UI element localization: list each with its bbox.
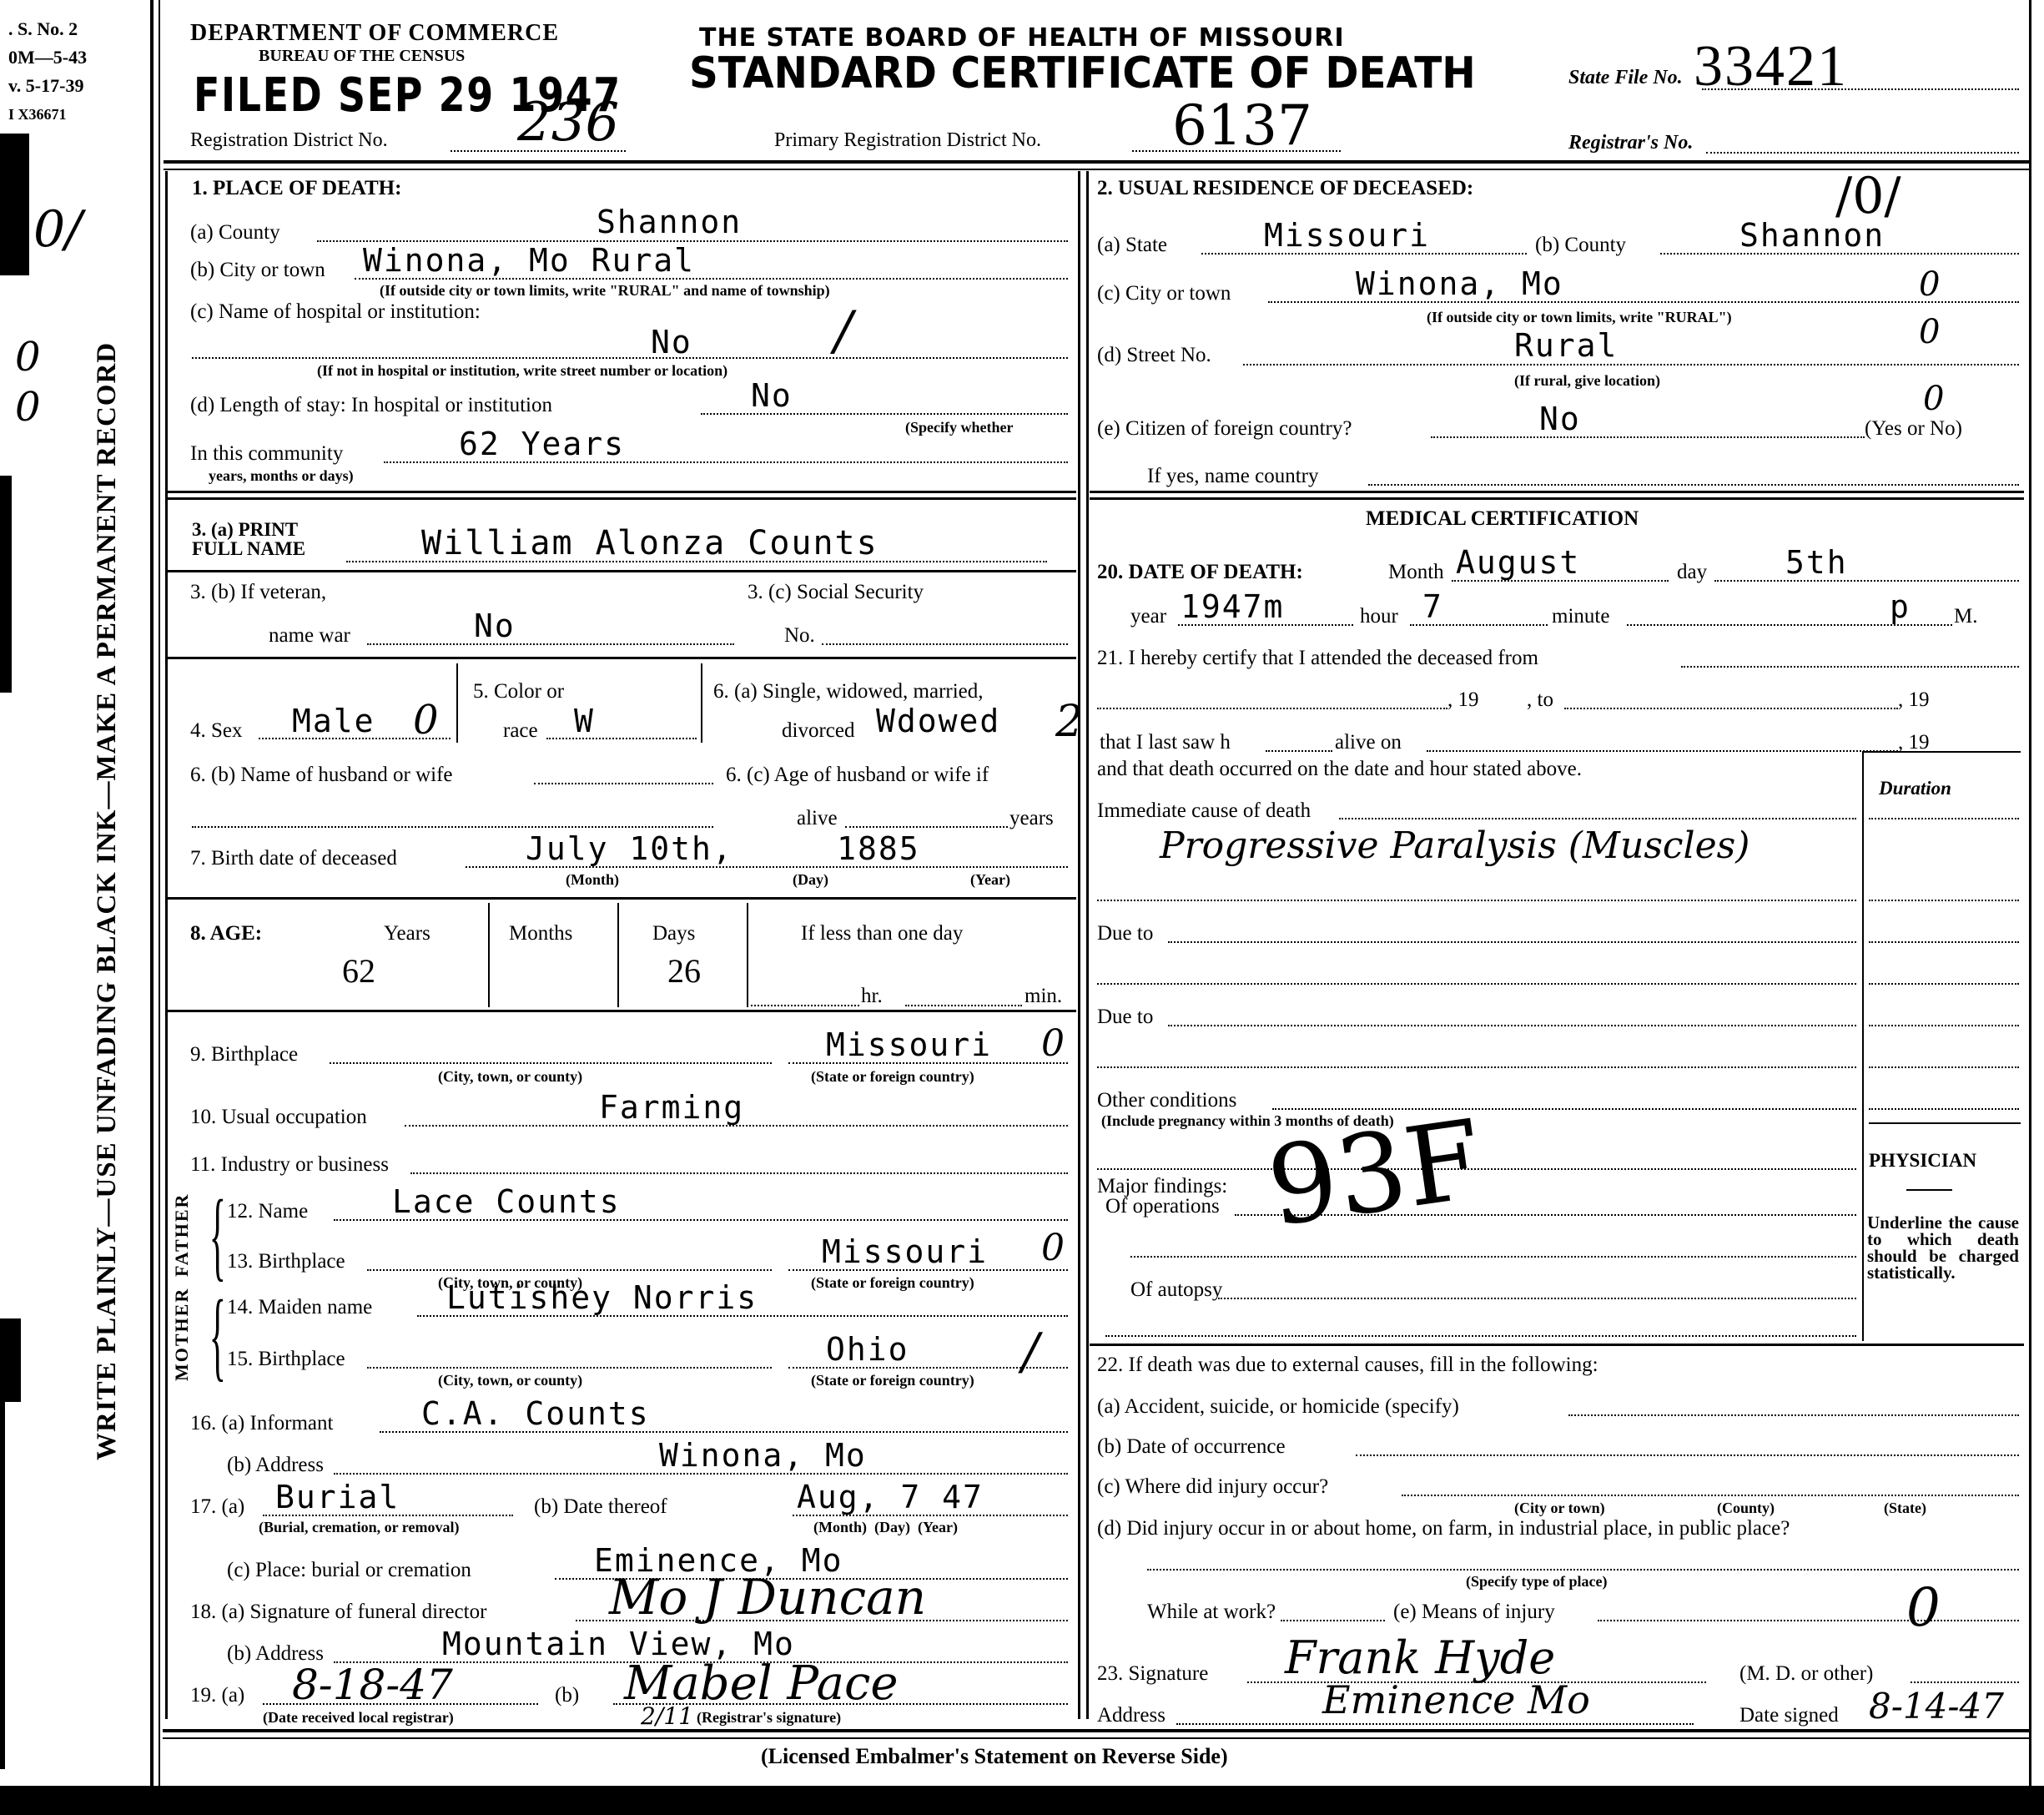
- due-to-2-duration: [1869, 1025, 2019, 1026]
- res-side-mark-2: 0: [1919, 313, 1940, 351]
- md-label: (M. D. or other): [1739, 1662, 1873, 1686]
- column-divider: [1078, 171, 1080, 1719]
- bottom-rule-2: [163, 1737, 2029, 1739]
- residence-heading: 2. USUAL RESIDENCE OF DECEASED:: [1097, 177, 1473, 200]
- alive-on-line: [1427, 750, 1898, 752]
- operations-label: Of operations: [1105, 1195, 1220, 1218]
- home-label: (d) Did injury occur in or about home, o…: [1097, 1517, 1790, 1540]
- race-marital-divider: [701, 663, 702, 743]
- scan-border-left: [0, 134, 29, 275]
- pod-city-hint: (If outside city or town limits, write "…: [380, 282, 830, 300]
- res-street-label: (d) Street No.: [1097, 344, 1211, 367]
- burial-date-value: Aug, 7 47: [797, 1479, 984, 1515]
- means-line: [1598, 1620, 2019, 1621]
- other-conditions-duration: [1869, 1108, 2019, 1110]
- age-divider-1: [488, 903, 490, 1007]
- spouse-line: [534, 783, 713, 784]
- res-county-value: Shannon: [1739, 217, 1885, 254]
- mother-birth-mark: /: [1022, 1323, 1039, 1381]
- physician-signature: Frank Hyde: [1285, 1631, 1555, 1684]
- director-label: 18. (a) Signature of funeral director: [190, 1601, 486, 1624]
- scan-border-left-3: [0, 1318, 21, 1402]
- disposition-label: 17. (a): [190, 1495, 244, 1519]
- birth-date-value: July 10th, 1885: [526, 830, 920, 867]
- hour-value: 7: [1422, 588, 1443, 625]
- burial-date-label: (b) Date thereof: [534, 1495, 667, 1519]
- father-brace: {: [209, 1185, 226, 1285]
- immediate-line: [1339, 818, 1856, 819]
- month-label: Month: [1388, 561, 1444, 584]
- primary-district-label: Primary Registration District No.: [774, 129, 1041, 152]
- department-label: DEPARTMENT OF COMMERCE: [190, 20, 559, 47]
- day-value: 5th: [1785, 544, 1848, 581]
- veteran-line: [367, 643, 734, 645]
- external-heading: 22. If death was due to external causes,…: [1097, 1354, 1598, 1377]
- spouse-age-unit: years: [1009, 807, 1054, 830]
- scan-border-left-2: [0, 476, 12, 693]
- where-hint-county: (County): [1717, 1500, 1775, 1517]
- marital-label-1: 6. (a) Single, widowed, married,: [713, 680, 984, 703]
- operations-line-2: [1130, 1256, 1856, 1258]
- birth-hint-year: (Year): [970, 871, 1010, 889]
- due-to-1-duration-2: [1869, 983, 2019, 985]
- physician-note: Underline the cause to which death shoul…: [1867, 1214, 2019, 1281]
- birthplace-mark: 0: [1041, 1022, 1065, 1065]
- pod-hospital-label: (c) Name of hospital or institution:: [190, 300, 481, 324]
- left-box-edge: [165, 171, 168, 1719]
- autopsy-line: [1218, 1298, 1856, 1299]
- means-label: (e) Means of injury: [1393, 1601, 1555, 1624]
- immediate-cause: Progressive Paralysis (Muscles): [1160, 824, 1749, 867]
- reg-district-label: Registration District No.: [190, 129, 388, 152]
- industry-line: [410, 1172, 1068, 1174]
- pod-city-label: (b) City or town: [190, 259, 325, 282]
- occurred-text: and that death occurred on the date and …: [1097, 758, 1582, 781]
- age-min-line: [905, 1005, 1022, 1006]
- accident-label: (a) Accident, suicide, or homicide (spec…: [1097, 1395, 1459, 1419]
- sig-address-line: [1176, 1723, 1694, 1725]
- duration-label: Duration: [1879, 778, 1951, 799]
- received-date: 8-18-47: [292, 1661, 453, 1709]
- pod-hospital-value: No: [651, 324, 692, 360]
- father-birth-mark: 0: [1041, 1227, 1065, 1269]
- sig-address-label: Address: [1097, 1704, 1165, 1727]
- reg-district-value: 236: [517, 92, 619, 154]
- bottom-rule: [163, 1729, 2029, 1732]
- attend-from-line: [1097, 708, 1447, 709]
- disposition-value: Burial: [275, 1479, 400, 1515]
- burial-date-hint: (Month) (Day) (Year): [813, 1519, 958, 1536]
- father-birth-city-line: [367, 1269, 772, 1271]
- informant-address-value: Winona, Mo: [659, 1437, 867, 1474]
- medical-rule: [1090, 1344, 2024, 1346]
- other-conditions-label: Other conditions: [1097, 1089, 1236, 1112]
- date-signed-label: Date signed: [1739, 1704, 1839, 1727]
- age-hr-label: hr.: [861, 985, 883, 1008]
- marital-value: Wdowed: [876, 703, 1000, 739]
- mother-tag: MOTHER: [171, 1288, 193, 1381]
- marital-mark: 2: [1055, 697, 1083, 747]
- last-saw-line: [1266, 750, 1332, 752]
- race-label-2: race: [503, 719, 538, 743]
- registrar-no-line: [1706, 152, 2019, 154]
- duration-bottom-rule: [1869, 1122, 2021, 1124]
- pod-hospital-mark: /: [834, 300, 853, 362]
- director-signature: Mo J Duncan: [609, 1569, 926, 1626]
- occupation-label: 10. Usual occupation: [190, 1106, 367, 1129]
- age-divider-3: [747, 903, 748, 1007]
- name-rule: [167, 570, 1076, 572]
- registrar-mark: 2/11: [641, 1702, 693, 1730]
- registrar-hint: (Registrar's signature): [697, 1709, 841, 1727]
- industry-label: 11. Industry or business: [190, 1153, 389, 1177]
- father-birth-state-hint: (State or foreign country): [811, 1274, 974, 1292]
- full-name-label-2: FULL NAME: [192, 538, 305, 560]
- spouse-label: 6. (b) Name of husband or wife: [190, 764, 453, 787]
- outer-rule-left: [150, 0, 154, 1786]
- age-less-label: If less than one day: [801, 922, 963, 945]
- res-street-hint: (If rural, give location): [1514, 372, 1660, 390]
- res-side-mark-1: 0: [1919, 265, 1940, 304]
- race-label-1: 5. Color or: [473, 680, 564, 703]
- where-hint-state: (State): [1884, 1500, 1926, 1517]
- received-hint: (Date received local registrar): [263, 1709, 454, 1727]
- age-rule: [167, 1010, 1076, 1012]
- where-line: [1402, 1495, 2019, 1496]
- attend-to-label: , to: [1527, 688, 1553, 712]
- outer-rule-left-2: [159, 0, 160, 1786]
- duration-top-rule: [1862, 751, 2021, 753]
- sex-mark: 0: [413, 697, 439, 744]
- pod-county-value: Shannon: [597, 204, 742, 240]
- where-label: (c) Where did injury occur?: [1097, 1475, 1328, 1499]
- outer-rule-right: [2029, 0, 2031, 1786]
- pod-city-value: Winona, Mo Rural: [363, 242, 695, 279]
- month-value: August: [1456, 544, 1580, 581]
- immediate-duration-line-2: [1869, 900, 2019, 901]
- due-to-2-label: Due to: [1097, 1006, 1153, 1029]
- marital-label-2: divorced: [782, 719, 854, 743]
- mother-name-value: Lutishey Norris: [446, 1279, 758, 1316]
- form-code-3: v. 5-17-39: [8, 72, 87, 100]
- autopsy-label: Of autopsy: [1130, 1278, 1222, 1302]
- column-divider-2: [1086, 171, 1089, 1719]
- informant-value: C.A. Counts: [421, 1395, 650, 1432]
- header-rule-2: [164, 169, 2029, 170]
- duration-divider: [1862, 753, 1864, 1341]
- father-name-label: 12. Name: [227, 1200, 308, 1223]
- pod-hospital-line: [192, 357, 1068, 359]
- age-days-label: Days: [652, 922, 695, 945]
- age-hr-line: [751, 1005, 859, 1006]
- res-street-line: [1243, 364, 2019, 366]
- physician-dash: [1906, 1189, 1952, 1191]
- due-to-2-duration-2: [1869, 1066, 2019, 1068]
- spouse-age-label-1: 6. (c) Age of husband or wife if: [726, 764, 989, 787]
- work-label: While at work?: [1147, 1601, 1276, 1624]
- form-code-2: 0M—5-43: [8, 43, 87, 72]
- birth-rule: [167, 897, 1076, 900]
- received-label: 19. (a): [190, 1684, 244, 1707]
- last-saw-label: that I last saw h: [1100, 731, 1231, 754]
- registrar-no-label: Registrar's No.: [1568, 132, 1693, 154]
- state-file-value: 33421: [1694, 33, 1848, 100]
- means-mark: 0: [1906, 1577, 1941, 1639]
- birthplace-value: Missouri: [826, 1026, 992, 1063]
- section-rule-1b: [167, 497, 1076, 500]
- spouse-age-line: [845, 826, 1008, 828]
- margin-instruction: WRITE PLAINLY—USE UNFADING BLACK INK—MAK…: [92, 342, 123, 1460]
- res-country-label: If yes, name country: [1147, 465, 1318, 488]
- birthplace-state-hint: (State or foreign country): [811, 1068, 974, 1086]
- age-days-value: 26: [667, 951, 701, 991]
- mother-birth-value: Ohio: [826, 1331, 909, 1368]
- birth-hint-day: (Day): [793, 871, 828, 889]
- medical-heading: MEDICAL CERTIFICATION: [1366, 507, 1639, 531]
- margin-mark-2: 0: [15, 334, 41, 381]
- res-state-value: Missouri: [1264, 217, 1430, 254]
- date-of-death-label: 20. DATE OF DEATH:: [1097, 561, 1303, 584]
- alive-on-label: alive on: [1335, 731, 1402, 754]
- birth-date-label: 7. Birth date of deceased: [190, 847, 397, 870]
- res-country-line: [1368, 484, 2019, 486]
- race-value: W: [574, 703, 595, 739]
- res-street-value: Rural: [1514, 327, 1618, 364]
- signature-label: 23. Signature: [1097, 1662, 1208, 1686]
- sex-value: Male: [292, 703, 375, 739]
- mother-birth-city-line: [367, 1367, 772, 1369]
- mother-birth-label: 15. Birthplace: [227, 1348, 345, 1371]
- other-conditions-line: [1272, 1108, 1856, 1110]
- header-rule: [164, 160, 2029, 164]
- due-to-1-line-2: [1097, 983, 1856, 985]
- res-citizen-label: (e) Citizen of foreign country?: [1097, 417, 1352, 441]
- res-citizen-line: [1431, 436, 1865, 438]
- day-label: day: [1677, 561, 1707, 584]
- immediate-duration-line: [1869, 818, 2019, 819]
- minute-value: p: [1890, 588, 1911, 625]
- age-divider-2: [617, 903, 619, 1007]
- mother-name-label: 14. Maiden name: [227, 1296, 372, 1319]
- pod-community-label: In this community: [190, 442, 343, 466]
- ss-label-1: 3. (c) Social Security: [748, 581, 924, 604]
- date-signed-value: 8-14-47: [1869, 1686, 2004, 1727]
- section-rule-2b: [1090, 497, 2024, 500]
- due-to-1-duration: [1869, 941, 2019, 943]
- veteran-label-1: 3. (b) If veteran,: [190, 581, 326, 604]
- occurrence-line: [1356, 1455, 2019, 1456]
- pod-county-label: (a) County: [190, 221, 280, 245]
- veteran-label-2: name war: [269, 624, 350, 648]
- bureau-label: BUREAU OF THE CENSUS: [259, 47, 465, 66]
- home-line: [1147, 1569, 2019, 1570]
- margin-mark-1: 0/: [33, 200, 82, 259]
- state-file-label: State File No.: [1568, 67, 1683, 89]
- veteran-rule: [167, 657, 1076, 659]
- pod-community-hint: years, months or days): [209, 467, 354, 485]
- due-to-2-line: [1168, 1025, 1856, 1026]
- veteran-value: No: [474, 608, 516, 644]
- attend-to-19: , 19: [1898, 688, 1930, 712]
- occurrence-label: (b) Date of occurrence: [1097, 1435, 1286, 1459]
- res-side-mark-3: 0: [1923, 380, 1944, 418]
- birthplace-label: 9. Birthplace: [190, 1043, 298, 1066]
- physician-label: PHYSICIAN: [1869, 1150, 1976, 1172]
- ss-label-2: No.: [784, 624, 815, 648]
- res-city-hint: (If outside city or town limits, write "…: [1427, 309, 1732, 326]
- registrar-label: (b): [555, 1684, 579, 1707]
- sex-race-divider: [456, 663, 458, 743]
- attend-label: 21. I hereby certify that I attended the…: [1097, 647, 1538, 670]
- res-city-value: Winona, Mo: [1356, 265, 1563, 302]
- immediate-label: Immediate cause of death: [1097, 799, 1311, 823]
- birthplace-city-hint: (City, town, or county): [438, 1068, 582, 1086]
- where-hint-city: (City or town): [1514, 1500, 1605, 1517]
- pod-community-value: 62 Years: [459, 426, 625, 462]
- res-city-label: (c) City or town: [1097, 282, 1231, 305]
- immediate-line-2: [1097, 900, 1856, 901]
- ss-line: [822, 643, 1068, 645]
- age-years-label: Years: [384, 922, 430, 945]
- pod-stay-value: No: [751, 377, 793, 414]
- father-name-value: Lace Counts: [392, 1183, 621, 1220]
- footer-note: (Licensed Embalmer's Statement on Revers…: [761, 1744, 1228, 1769]
- father-birth-label: 13. Birthplace: [227, 1250, 345, 1273]
- mother-birth-state-hint: (State or foreign country): [811, 1372, 974, 1389]
- res-citizen-value: No: [1539, 401, 1581, 437]
- age-label: 8. AGE:: [190, 922, 262, 945]
- race-line: [546, 738, 697, 739]
- informant-address-label: (b) Address: [227, 1454, 324, 1477]
- sex-label: 4. Sex: [190, 719, 243, 743]
- minute-label: minute: [1552, 605, 1609, 628]
- work-line: [1281, 1620, 1385, 1621]
- primary-district-value: 6137: [1172, 93, 1312, 158]
- certificate-title: STANDARD CERTIFICATE OF DEATH: [689, 48, 1476, 98]
- due-to-1-label: Due to: [1097, 922, 1153, 945]
- place-of-death-heading: 1. PLACE OF DEATH:: [192, 177, 401, 200]
- attend-to-line: [1564, 708, 1898, 709]
- due-to-1-line: [1168, 941, 1856, 943]
- autopsy-line-2: [1105, 1335, 1856, 1337]
- hour-label: hour: [1360, 605, 1398, 628]
- full-name-value: William Alonza Counts: [421, 524, 879, 562]
- res-state-label: (a) State: [1097, 234, 1167, 257]
- margin-mark-3: 0: [15, 384, 41, 431]
- mother-brace: {: [209, 1285, 226, 1385]
- res-county-label: (b) County: [1535, 234, 1626, 257]
- pod-stay-label: (d) Length of stay: In hospital or insti…: [190, 394, 552, 417]
- place-hint: (Specify type of place): [1466, 1573, 1607, 1591]
- scan-border-bottom: [0, 1786, 2044, 1815]
- section-rule-2: [1090, 491, 2024, 493]
- attend-line: [1681, 666, 2019, 668]
- disposition-hint: (Burial, cremation, or removal): [259, 1519, 459, 1536]
- age-years-value: 62: [342, 951, 375, 991]
- father-birth-value: Missouri: [822, 1233, 988, 1270]
- year-label: year: [1130, 605, 1166, 628]
- birth-hint-month: (Month): [566, 871, 619, 889]
- father-tag: FATHER: [171, 1193, 193, 1277]
- mother-birth-city-hint: (City, town, or county): [438, 1372, 582, 1389]
- scan-border-left-4: [0, 1402, 5, 1769]
- res-citizen-hint: (Yes or No): [1865, 417, 1962, 441]
- due-to-2-line-2: [1097, 1066, 1856, 1068]
- burial-place-label: (c) Place: burial or cremation: [227, 1559, 471, 1582]
- birthplace-city-line: [330, 1062, 772, 1064]
- attend-from-19: , 19: [1447, 688, 1479, 712]
- occupation-value: Farming: [599, 1089, 744, 1126]
- age-months-label: Months: [509, 922, 572, 945]
- form-codes: . S. No. 2 0M—5-43 v. 5-17-39 I X36671: [8, 15, 87, 129]
- year-value: 1947m: [1181, 588, 1284, 625]
- m-label: M.: [1954, 605, 1977, 628]
- md-line: [1911, 1681, 2019, 1683]
- section-rule-1: [167, 491, 1076, 493]
- pod-specify-hint: (Specify whether: [905, 419, 1013, 436]
- accident-line: [1568, 1414, 2019, 1416]
- informant-label: 16. (a) Informant: [190, 1412, 333, 1435]
- form-code-4: I X36671: [8, 100, 87, 129]
- spouse-line-2: [192, 826, 713, 828]
- pod-hospital-hint: (If not in hospital or institution, writ…: [317, 362, 727, 380]
- form-code-1: . S. No. 2: [8, 15, 87, 43]
- spouse-age-label-2: alive: [797, 807, 838, 830]
- day-line: [1714, 580, 2019, 582]
- sig-address-value: Eminence Mo: [1322, 1677, 1590, 1722]
- age-min-label: min.: [1025, 985, 1062, 1008]
